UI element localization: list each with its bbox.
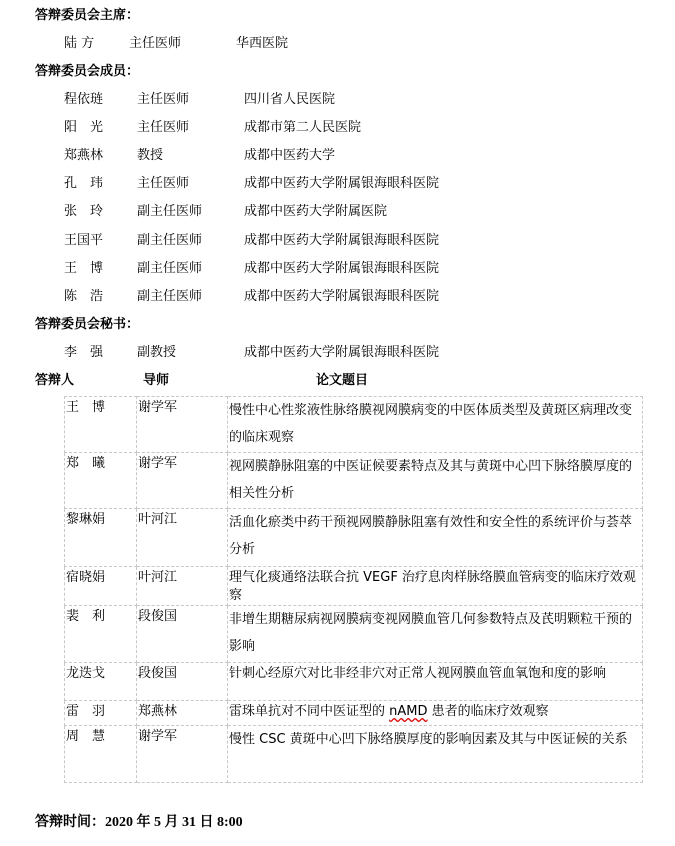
advisor-cell: 谢学军 <box>137 453 228 509</box>
table-row: 裴 利 段俊国 非增生期糖尿病视网膜病变视网膜血管几何参数特点及芪明颗粒干预的影… <box>65 606 643 663</box>
member-affiliation: 成都中医药大学附属银海眼科医院 <box>244 233 439 249</box>
member-name: 王国平 <box>64 233 103 249</box>
member-affiliation: 成都中医药大学 <box>244 148 335 164</box>
member-title: 副主任医师 <box>137 204 202 220</box>
member-name: 陈 浩 <box>64 289 103 305</box>
table-row: 龙迭戈 段俊国 针刺心经原穴对比非经非穴对正常人视网膜血管血氧饱和度的影响 <box>65 663 643 701</box>
thesis-cell: 视网膜静脉阻塞的中医证候要素特点及其与黄斑中心凹下脉络膜厚度的相关性分析 <box>228 453 643 509</box>
advisor-cell: 谢学军 <box>137 397 228 453</box>
member-affiliation: 成都中医药大学附属医院 <box>244 204 387 220</box>
member-name: 孔 玮 <box>64 176 103 192</box>
advisor-cell: 郑燕林 <box>137 701 228 726</box>
secretary-affiliation: 成都中医药大学附属银海眼科医院 <box>244 345 439 361</box>
member-title: 副主任医师 <box>137 233 202 249</box>
advisor-cell: 段俊国 <box>137 663 228 701</box>
member-name: 王 博 <box>64 261 103 277</box>
candidate-cell: 王 博 <box>65 397 137 453</box>
secretary-heading: 答辩委员会秘书： <box>35 317 139 333</box>
member-affiliation: 成都中医药大学附属银海眼科医院 <box>244 289 439 305</box>
column-header-thesis: 论文题目 <box>316 373 368 389</box>
member-affiliation: 四川省人民医院 <box>244 92 335 108</box>
chair-title: 主任医师 <box>129 36 181 52</box>
thesis-text: 患者的临床疗效观察 <box>428 704 549 719</box>
table-row: 周 慧 谢学军 慢性 CSC 黄斑中心凹下脉络膜厚度的影响因素及其与中医证候的关… <box>65 726 643 783</box>
member-title: 副主任医师 <box>137 261 202 277</box>
chair-heading: 答辩委员会主席： <box>35 8 139 24</box>
member-title: 主任医师 <box>137 120 189 136</box>
member-affiliation: 成都中医药大学附属银海眼科医院 <box>244 176 439 192</box>
advisor-cell: 段俊国 <box>137 606 228 663</box>
member-affiliation: 成都市第二人民医院 <box>244 120 361 136</box>
spellcheck-mark: nAMD <box>389 704 427 719</box>
secretary-name: 李 强 <box>64 345 103 361</box>
candidate-cell: 宿晓娟 <box>65 567 137 606</box>
member-name: 郑燕林 <box>64 148 103 164</box>
candidate-cell: 周 慧 <box>65 726 137 783</box>
member-title: 主任医师 <box>137 92 189 108</box>
candidate-cell: 黎琳娟 <box>65 509 137 567</box>
candidate-cell: 裴 利 <box>65 606 137 663</box>
defense-table: 王 博 谢学军 慢性中心性浆液性脉络膜视网膜病变的中医体质类型及黄斑区病理改变的… <box>64 396 643 783</box>
table-row: 王 博 谢学军 慢性中心性浆液性脉络膜视网膜病变的中医体质类型及黄斑区病理改变的… <box>65 397 643 453</box>
chair-name: 陆 方 <box>64 36 94 52</box>
member-affiliation: 成都中医药大学附属银海眼科医院 <box>244 261 439 277</box>
member-name: 程依琏 <box>64 92 103 108</box>
thesis-cell: 针刺心经原穴对比非经非穴对正常人视网膜血管血氧饱和度的影响 <box>228 663 643 701</box>
candidate-cell: 郑 曦 <box>65 453 137 509</box>
members-heading: 答辩委员会成员： <box>35 64 139 80</box>
column-header-advisor: 导师 <box>143 373 169 389</box>
thesis-cell: 活血化瘀类中药干预视网膜静脉阻塞有效性和安全性的系统评价与荟萃分析 <box>228 509 643 567</box>
thesis-cell: 慢性 CSC 黄斑中心凹下脉络膜厚度的影响因素及其与中医证候的关系 <box>228 726 643 783</box>
table-row: 雷 羽 郑燕林 雷珠单抗对不同中医证型的 nAMD 患者的临床疗效观察 <box>65 701 643 726</box>
thesis-cell: 理气化痰通络法联合抗 VEGF 治疗息肉样脉络膜血管病变的临床疗效观察 <box>228 567 643 606</box>
member-title: 主任医师 <box>137 176 189 192</box>
member-title: 教授 <box>137 148 163 164</box>
defense-time-value: 2020 年 5 月 31 日 8:00 <box>105 815 243 830</box>
column-header-candidate: 答辩人 <box>35 373 74 389</box>
defense-time-label: 答辩时间： <box>35 815 105 830</box>
thesis-cell: 非增生期糖尿病视网膜病变视网膜血管几何参数特点及芪明颗粒干预的影响 <box>228 606 643 663</box>
table-row: 宿晓娟 叶河江 理气化痰通络法联合抗 VEGF 治疗息肉样脉络膜血管病变的临床疗… <box>65 567 643 606</box>
defense-time: 答辩时间：2020 年 5 月 31 日 8:00 <box>35 815 243 831</box>
member-name: 张 玲 <box>64 204 103 220</box>
secretary-title: 副教授 <box>137 345 176 361</box>
table-row: 郑 曦 谢学军 视网膜静脉阻塞的中医证候要素特点及其与黄斑中心凹下脉络膜厚度的相… <box>65 453 643 509</box>
table-row: 黎琳娟 叶河江 活血化瘀类中药干预视网膜静脉阻塞有效性和安全性的系统评价与荟萃分… <box>65 509 643 567</box>
thesis-cell: 雷珠单抗对不同中医证型的 nAMD 患者的临床疗效观察 <box>228 701 643 726</box>
advisor-cell: 叶河江 <box>137 509 228 567</box>
member-title: 副主任医师 <box>137 289 202 305</box>
chair-affiliation: 华西医院 <box>236 36 288 52</box>
candidate-cell: 龙迭戈 <box>65 663 137 701</box>
thesis-text: 雷珠单抗对不同中医证型的 <box>229 704 389 719</box>
member-name: 阳 光 <box>64 120 103 136</box>
thesis-cell: 慢性中心性浆液性脉络膜视网膜病变的中医体质类型及黄斑区病理改变的临床观察 <box>228 397 643 453</box>
advisor-cell: 叶河江 <box>137 567 228 606</box>
advisor-cell: 谢学军 <box>137 726 228 783</box>
candidate-cell: 雷 羽 <box>65 701 137 726</box>
